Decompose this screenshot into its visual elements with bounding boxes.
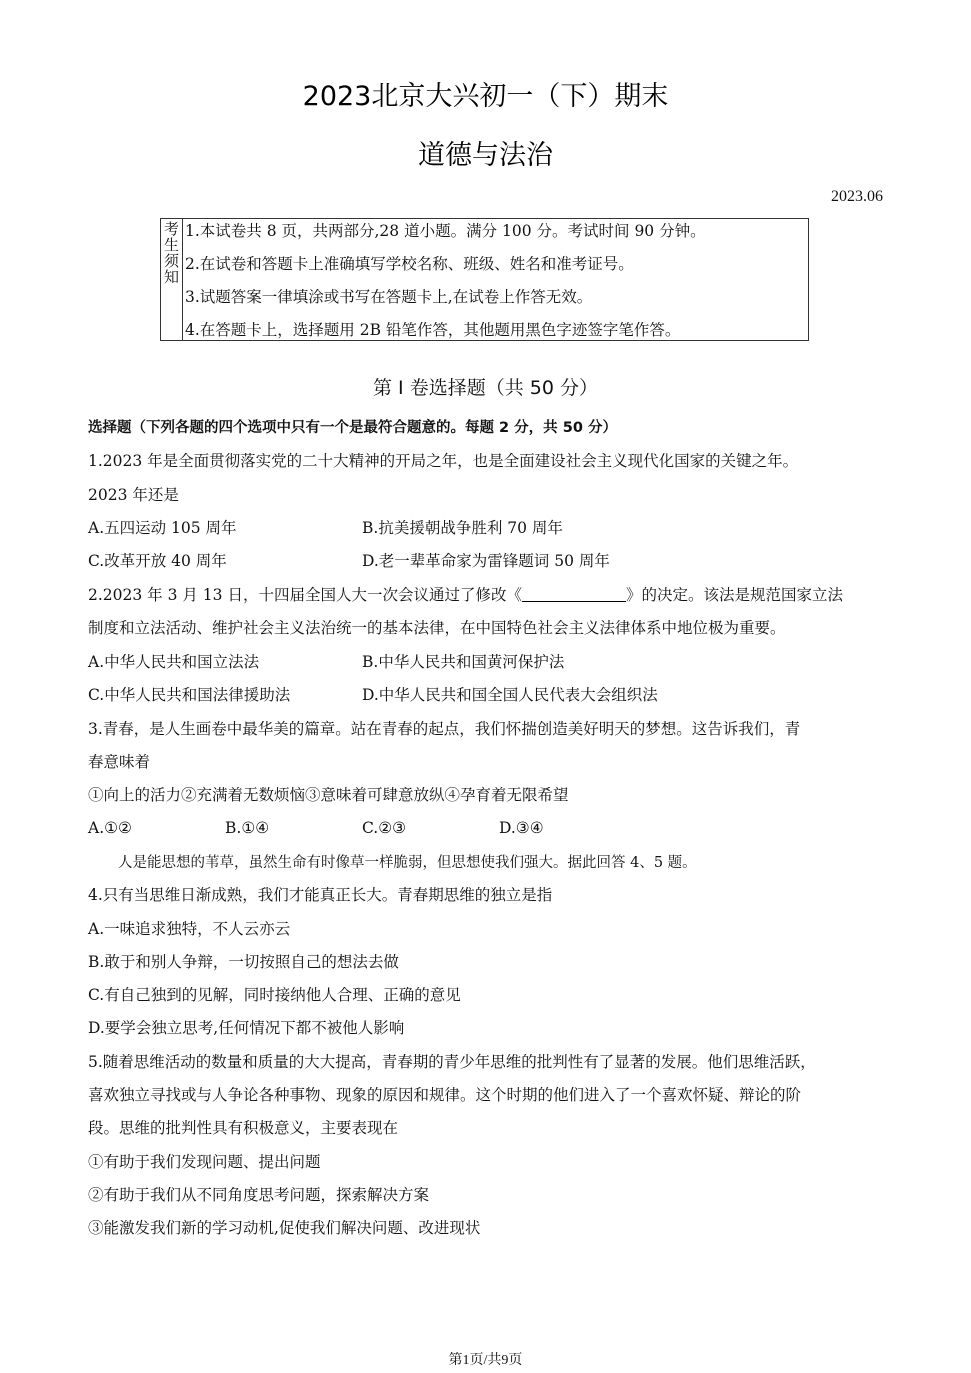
- q4-option-b: B.敢于和别人争辩，一切按照自己的想法去做: [88, 951, 399, 973]
- q5-stem-line2: 喜欢独立寻找或与人争论各种事物、现象的原因和规律。这个时期的他们进入了一个喜欢怀…: [88, 1084, 801, 1106]
- exam-date: 2023.06: [831, 188, 883, 206]
- notice-item: 2.在试卷和答题卡上准确填写学校名称、班级、姓名和准考证号。: [185, 252, 808, 285]
- q4-option-c: C.有自己独到的见解，同时接纳他人合理、正确的意见: [88, 984, 461, 1006]
- q4-option-a: A.一味追求独特，不人云亦云: [88, 918, 290, 940]
- q1-stem-line2: 2023 年还是: [88, 484, 179, 506]
- answer-blank: [522, 585, 626, 602]
- q1-option-d: D.老一辈革命家为雷锋题词 50 周年: [362, 550, 610, 572]
- section-instruction: 选择题（下列各题的四个选项中只有一个是最符合题意的。每题 2 分，共 50 分）: [88, 417, 617, 439]
- q5-statement-1: ①有助于我们发现问题、提出问题: [88, 1151, 321, 1173]
- page-number: 第1页/共9页: [0, 1349, 971, 1369]
- candidate-notice-box: 考生须知 1.本试卷共 8 页，共两部分,28 道小题。满分 100 分。考试时…: [160, 218, 809, 341]
- q2-stem-line2: 制度和立法活动、维护社会主义法治统一的基本法律，在中国特色社会主义法律体系中地位…: [88, 617, 786, 639]
- notice-items: 1.本试卷共 8 页，共两部分,28 道小题。满分 100 分。考试时间 90 …: [183, 219, 808, 340]
- q4-stem: 4.只有当思维日渐成熟，我们才能真正长大。青春期思维的独立是指: [88, 884, 552, 906]
- notice-item: 4.在答题卡上，选择题用 2B 铅笔作答，其他题用黑色字迹签字笔作答。: [185, 318, 808, 351]
- q3-option-c: C.②③: [362, 817, 406, 839]
- q5-statement-2: ②有助于我们从不同角度思考问题，探索解决方案: [88, 1184, 429, 1206]
- q4-option-d: D.要学会独立思考,任何情况下都不被他人影响: [88, 1017, 404, 1039]
- notice-item: 1.本试卷共 8 页，共两部分,28 道小题。满分 100 分。考试时间 90 …: [185, 219, 808, 252]
- q3-stem-line2: 春意味着: [88, 751, 150, 773]
- notice-label: 考生须知: [161, 219, 183, 340]
- q3-option-d: D.③④: [499, 817, 544, 839]
- q2-stem-line1: 2.2023 年 3 月 13 日，十四届全国人大一次会议通过了修改《》的决定。…: [88, 584, 843, 606]
- q3-option-a: A.①②: [88, 817, 132, 839]
- q2-option-b: B.中华人民共和国黄河保护法: [362, 651, 564, 673]
- q2-option-c: C.中华人民共和国法律援助法: [88, 684, 290, 706]
- q5-statement-3: ③能激发我们新的学习动机,促使我们解决问题、改进现状: [88, 1217, 480, 1239]
- q1-option-b: B.抗美援朝战争胜利 70 周年: [362, 517, 563, 539]
- q1-option-c: C.改革开放 40 周年: [88, 550, 227, 572]
- q5-stem-line3: 段。思维的批判性具有积极意义，主要表现在: [88, 1117, 398, 1139]
- q3-statements: ①向上的活力②充满着无数烦恼③意味着可肆意放纵④孕育着无限希望: [88, 784, 569, 806]
- q1-stem-line1: 1.2023 年是全面贯彻落实党的二十大精神的开局之年，也是全面建设社会主义现代…: [88, 450, 798, 472]
- q5-stem-line1: 5.随着思维活动的数量和质量的大大提高，青春期的青少年思维的批判性有了显著的发展…: [88, 1051, 816, 1073]
- q3-option-b: B.①④: [225, 817, 269, 839]
- exam-title: 2023北京大兴初一（下）期末: [0, 74, 971, 113]
- section-title: 第 I 卷选择题（共 50 分）: [0, 373, 971, 400]
- q1-option-a: A.五四运动 105 周年: [88, 517, 237, 539]
- q2-option-d: D.中华人民共和国全国人民代表大会组织法: [362, 684, 658, 706]
- subject-title: 道德与法治: [0, 133, 971, 172]
- notice-item: 3.试题答案一律填涂或书写在答题卡上,在试卷上作答无效。: [185, 285, 808, 318]
- q3-stem-line1: 3.青春，是人生画卷中最华美的篇章。站在青春的起点，我们怀揣创造美好明天的梦想。…: [88, 718, 800, 740]
- q2-option-a: A.中华人民共和国立法法: [88, 651, 259, 673]
- material-4-5: 人是能思想的苇草，虽然生命有时像草一样脆弱，但思想使我们强大。据此回答 4、5 …: [118, 852, 697, 874]
- q2-stem-part2: 》的决定。该法是规范国家立法: [626, 586, 843, 604]
- q2-stem-part1: 2.2023 年 3 月 13 日，十四届全国人大一次会议通过了修改《: [88, 586, 522, 604]
